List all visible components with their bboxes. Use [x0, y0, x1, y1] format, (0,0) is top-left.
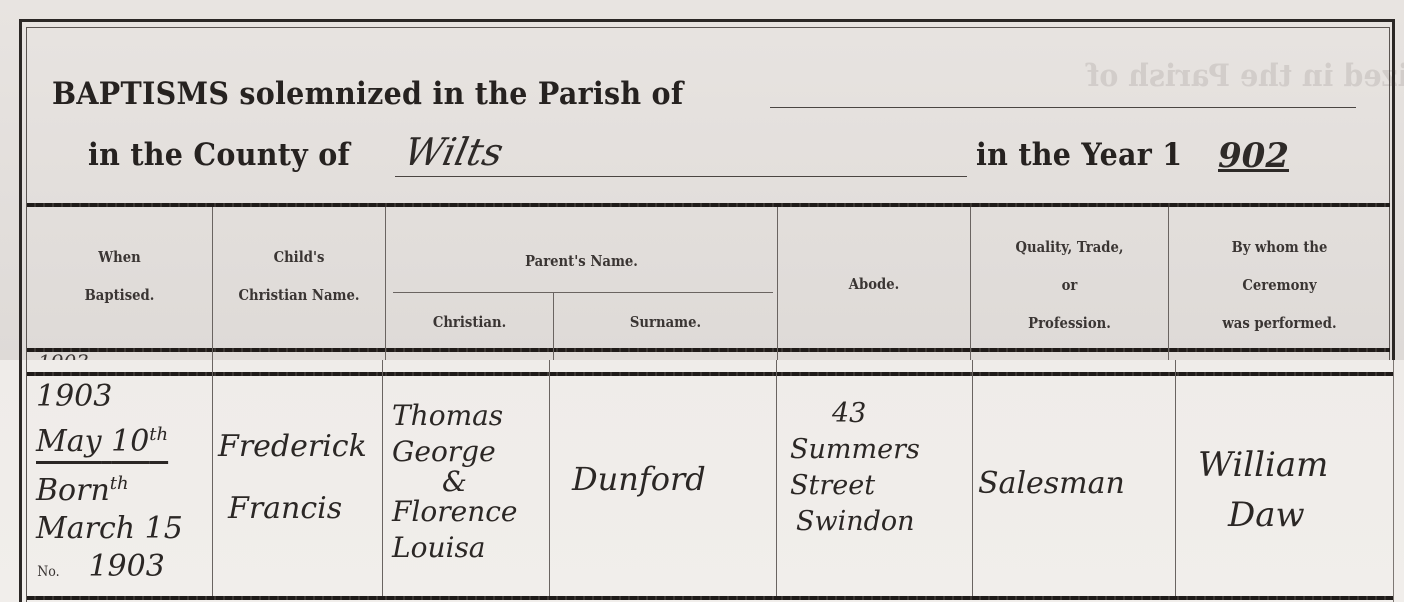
- header-child-line2: Christian Name.: [223, 276, 374, 314]
- column-divider: [382, 360, 383, 596]
- border-right: [1393, 360, 1394, 602]
- baptism-day: 10: [111, 424, 149, 459]
- county-field: Wilts: [400, 130, 507, 174]
- entry-when-baptised: 1903 May 10th Bornth March 15 No. 1903: [36, 378, 183, 591]
- column-divider: [212, 360, 213, 596]
- column-divider: [970, 207, 971, 362]
- baptism-year: 1903: [36, 378, 183, 416]
- header-quality-line1: Quality, Trade,: [983, 228, 1156, 266]
- header-child-christian-name: Child's Christian Name.: [223, 238, 374, 314]
- header-ceremony-by: By whom the Ceremony was performed.: [1182, 228, 1376, 342]
- header-parent-christian: Christian.: [396, 303, 543, 341]
- header-when-line1: When: [38, 238, 201, 276]
- header-ceremony-line1: By whom the: [1182, 228, 1376, 266]
- parent-name-1: Thomas: [392, 398, 517, 434]
- header-bottom-rule: [27, 348, 1390, 352]
- header-ceremony-line2: Ceremony: [1182, 266, 1376, 304]
- entry-child-christian-name: Frederick Francis: [218, 416, 367, 540]
- year-handwritten: 902: [1218, 136, 1289, 176]
- header-quality-line2: or: [983, 266, 1156, 304]
- column-divider: [972, 360, 973, 596]
- header-abode: Abode.: [790, 265, 959, 303]
- abode-street: Street: [790, 468, 920, 504]
- header-top-rule: [27, 203, 1390, 207]
- column-divider: [1175, 360, 1176, 596]
- column-divider: [1168, 207, 1169, 362]
- header-quality-trade: Quality, Trade, or Profession.: [983, 228, 1156, 342]
- child-name-first: Frederick: [218, 416, 367, 478]
- entry-ceremony-by: William Daw: [1198, 440, 1328, 540]
- column-divider: [553, 292, 554, 362]
- year-printed-prefix: 1: [1162, 137, 1182, 173]
- title-line-1: BAPTISMS solemnized in the Parish of: [52, 76, 683, 112]
- header-when-baptised: When Baptised.: [38, 238, 201, 314]
- entry-bottom-rule: [27, 596, 1393, 600]
- title-solemnized: solemnized in the Parish of: [239, 76, 683, 112]
- baptism-date: May 10th: [36, 416, 183, 461]
- parish-field-line: [770, 107, 1356, 108]
- born-label: Born: [36, 473, 110, 508]
- child-name-second: Francis: [228, 478, 367, 540]
- abode-street-name: Summers: [790, 432, 920, 468]
- header-child-line1: Child's: [223, 238, 374, 276]
- header-when-line2: Baptised.: [38, 276, 201, 314]
- entry-abode: 43 Summers Street Swindon: [790, 396, 920, 540]
- parent-name-3: Florence: [392, 494, 517, 530]
- parent-name-4: Louisa: [392, 530, 517, 566]
- entry-number-line: No. 1903: [36, 548, 183, 591]
- entry-number: 1903: [88, 549, 164, 584]
- entry-parent-christian: Thomas George & Florence Louisa: [392, 398, 517, 566]
- column-divider: [549, 360, 550, 596]
- county-label: in the County of: [88, 137, 350, 173]
- header-parents-name: Parent's Name.: [409, 242, 753, 280]
- county-field-line: [395, 176, 967, 177]
- outer-border-left: [19, 360, 22, 602]
- header-parent-surname: Surname.: [567, 303, 763, 341]
- year-label-group: in the Year 1: [976, 137, 1182, 173]
- parent-ampersand: &: [442, 470, 517, 494]
- title-line-2-prefix: in the County of: [88, 137, 350, 173]
- register-header-section: BAPTISMS solemnized in the Parish of BAP…: [0, 0, 1404, 362]
- column-divider: [777, 207, 778, 362]
- abode-town: Swindon: [796, 504, 920, 540]
- baptism-month: May: [36, 424, 102, 459]
- officiant-surname: Daw: [1228, 490, 1328, 540]
- officiant-first-name: William: [1198, 440, 1328, 490]
- abode-number: 43: [832, 396, 920, 432]
- register-entry-section: 1903 May 10th Bornth March 15 No. 1903 F…: [0, 360, 1404, 602]
- born-suffix: th: [110, 473, 129, 494]
- inner-border-left: [26, 360, 27, 602]
- column-divider: [212, 207, 213, 362]
- number-label: No.: [37, 553, 59, 591]
- column-divider: [776, 360, 777, 596]
- entry-profession: Salesman: [978, 466, 1125, 501]
- header-ceremony-line3: was performed.: [1182, 304, 1376, 342]
- title-baptisms: BAPTISMS: [52, 76, 229, 112]
- bleed-through-text: BAPTISMS solemnized in the Parish of: [1087, 58, 1404, 94]
- entry-parent-surname: Dunford: [572, 460, 706, 498]
- born-date: March 15: [36, 510, 183, 548]
- column-divider: [385, 207, 386, 362]
- header-quality-line3: Profession.: [983, 304, 1156, 342]
- parents-subheader-rule: [393, 292, 773, 293]
- born-line: Bornth: [36, 465, 183, 510]
- year-label: in the Year: [976, 137, 1152, 173]
- entry-top-rule: [27, 372, 1393, 376]
- baptism-day-suffix: th: [149, 424, 168, 445]
